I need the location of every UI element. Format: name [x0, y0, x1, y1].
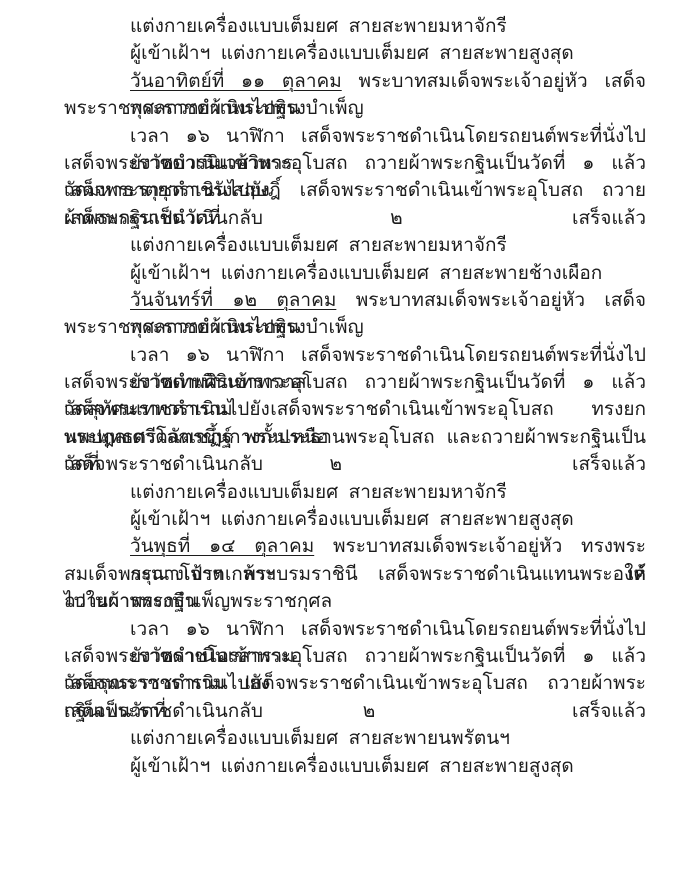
line-text: ถวายผ้าพระกฐิน [64, 591, 198, 612]
line-text: พระราชกุศลถวายผ้าพระกฐิน [64, 98, 300, 119]
text-line: เวลา ๑๖ นาฬิกา เสด็จพระราชดำเนินโดยรถยนต… [64, 342, 646, 369]
text-line-with-date-heading: วันพุธที่ ๑๔ ตุลาคม พระบาทสมเด็จพระเจ้าอ… [64, 533, 646, 560]
text-line: แต่งกายเครื่องแบบเต็มยศ สายสะพายมหาจักรี [64, 13, 646, 40]
text-line-with-date-heading: วันจันทร์ที่ ๑๒ ตุลาคม พระบาทสมเด็จพระเจ… [64, 287, 646, 314]
text-line: ผู้เข้าเฝ้าฯ แต่งกายเครื่องแบบเต็มยศ สาย… [64, 260, 646, 287]
text-line: ผู้เข้าเฝ้าฯ แต่งกายเครื่องแบบเต็มยศ สาย… [64, 40, 646, 67]
text-line: เวลา ๑๖ นาฬิกา เสด็จพระราชดำเนินโดยรถยนต… [64, 123, 646, 150]
line-text: ผู้เข้าเฝ้าฯ แต่งกายเครื่องแบบเต็มยศ สาย… [130, 263, 602, 284]
text-line-with-date-heading: วันอาทิตย์ที่ ๑๑ ตุลาคม พระบาทสมเด็จพระเ… [64, 68, 646, 95]
text-line: แต่งกายเครื่องแบบเต็มยศ สายสะพายมหาจักรี [64, 479, 646, 506]
document-text-block: แต่งกายเครื่องแบบเต็มยศ สายสะพายมหาจักรี… [64, 13, 646, 780]
text-line: ถวายผ้าพระกฐิน [64, 588, 646, 615]
line-text: แต่งกายเครื่องแบบเต็มยศ สายสะพายมหาจักรี [130, 482, 507, 503]
text-line: เสด็จพระราชดำเนินเข้าพระอุโบสถ ถวายผ้าพร… [64, 150, 646, 177]
text-line: เสด็จพระราชดำเนินเข้าพระอุโบสถ ถวายผ้าพร… [64, 643, 646, 670]
text-line: เสด็จพระราชดำเนินเข้าพระอุโบสถ ถวายผ้าพร… [64, 369, 646, 396]
date-heading-underlined: วันจันทร์ที่ ๑๒ ตุลาคม [130, 290, 336, 311]
line-text: แต่งกายเครื่องแบบเต็มยศ สายสะพายนพรัตนฯ [130, 728, 510, 749]
line-text: ผู้เข้าเฝ้าฯ แต่งกายเครื่องแบบเต็มยศ สาย… [130, 43, 574, 64]
text-line: แต่งกายเครื่องแบบเต็มยศ สายสะพายมหาจักรี [64, 232, 646, 259]
text-line: เวลา ๑๖ นาฬิกา เสด็จพระราชดำเนินโดยรถยนต… [64, 616, 646, 643]
line-text: พระราชกุศลถวายผ้าพระกฐิน [64, 317, 300, 338]
line-text: เสด็จพระราชดำเนินกลับ [64, 208, 263, 229]
line-text: แต่งกายเครื่องแบบเต็มยศ สายสะพายมหาจักรี [130, 16, 507, 37]
text-line: ผู้เข้าเฝ้าฯ แต่งกายเครื่องแบบเต็มยศ สาย… [64, 506, 646, 533]
text-line: วัดมหาธาตุยุวราชรังสฤษฎิ์ เสด็จพระราชดำเ… [64, 177, 646, 204]
line-text: เสด็จพระราชดำเนินกลับ [64, 701, 263, 722]
date-heading-underlined: วันอาทิตย์ที่ ๑๑ ตุลาคม [130, 71, 342, 92]
line-text: ผู้เข้าเฝ้าฯ แต่งกายเครื่องแบบเต็มยศ สาย… [130, 756, 574, 777]
line-text: ผู้เข้าเฝ้าฯ แต่งกายเครื่องแบบเต็มยศ สาย… [130, 509, 574, 530]
text-line: วัดสุทัศนเทพวราราม เสด็จพระราชดำเนินเข้า… [64, 396, 646, 423]
text-line: สมเด็จพระนางเจ้าฯ พระบรมราชินี เสด็จพระร… [64, 561, 646, 588]
date-heading-underlined: วันพุธที่ ๑๔ ตุลาคม [130, 536, 314, 557]
line-text: แต่งกายเครื่องแบบเต็มยศ สายสะพายมหาจักรี [130, 235, 507, 256]
text-line: วัดอรุณราชวราราม เสด็จพระราชดำเนินเข้าพร… [64, 670, 646, 697]
text-line: แต่งกายเครื่องแบบเต็มยศ สายสะพายนพรัตนฯ [64, 725, 646, 752]
text-line: ผู้เข้าเฝ้าฯ แต่งกายเครื่องแบบเต็มยศ สาย… [64, 753, 646, 780]
document-page: แต่งกายเครื่องแบบเต็มยศ สายสะพายมหาจักรี… [0, 0, 700, 876]
line-text: เสด็จพระราชดำเนินกลับ [64, 454, 263, 475]
text-line: พระพุทธตรีโลกเชฏฐ์ พระประธานพระอุโบสถ แล… [64, 424, 646, 451]
